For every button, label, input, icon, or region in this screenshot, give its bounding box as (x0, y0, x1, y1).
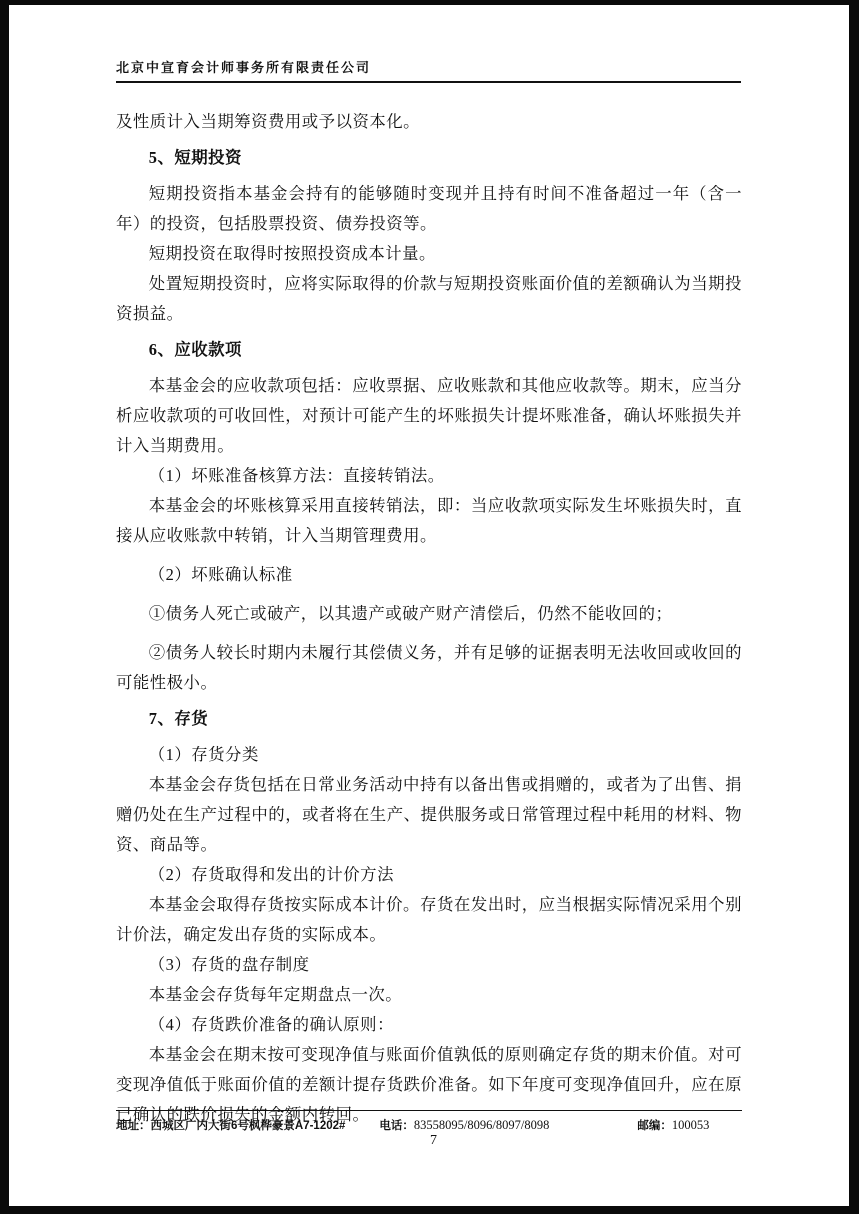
footer-phone-label: 电话： (379, 1120, 414, 1132)
header-rule (116, 81, 741, 83)
footer-postcode-value: 100053 (672, 1118, 710, 1132)
footer-rule (116, 1110, 742, 1111)
section-heading: 7、存货 (116, 704, 742, 734)
paragraph: （1）存货分类 (116, 740, 742, 770)
paragraph: 本基金会存货包括在日常业务活动中持有以备出售或捐赠的，或者为了出售、捐赠仍处在生… (116, 770, 742, 860)
section-heading: 5、短期投资 (116, 143, 742, 173)
document-page: 北京中宣育会计师事务所有限责任公司 及性质计入当期筹资费用或予以资本化。5、短期… (9, 5, 849, 1206)
footer-phone: 电话：83558095/8096/8097/8098 (379, 1117, 549, 1133)
header-company-name: 北京中宣育会计师事务所有限责任公司 (116, 57, 741, 81)
paragraph: （1）坏账准备核算方法：直接转销法。 (116, 461, 742, 491)
paragraph: ②债务人较长时期内未履行其偿债义务，并有足够的证据表明无法收回或收回的可能性极小… (116, 638, 742, 698)
footer-postcode-label: 邮编： (637, 1120, 672, 1132)
paragraph: （3）存货的盘存制度 (116, 950, 742, 980)
paragraph: 本基金会的应收款项包括：应收票据、应收账款和其他应收款等。期末，应当分析应收款项… (116, 371, 742, 461)
footer-address: 地址：西城区广内大街6号枫桦豪景A7-1202# (116, 1117, 345, 1133)
page-footer: 地址：西城区广内大街6号枫桦豪景A7-1202# 电话：83558095/809… (116, 1110, 742, 1133)
page-number: 7 (9, 1133, 858, 1149)
page-header: 北京中宣育会计师事务所有限责任公司 (116, 57, 741, 83)
footer-phone-value: 83558095/8096/8097/8098 (414, 1118, 549, 1132)
scanned-page-frame: 北京中宣育会计师事务所有限责任公司 及性质计入当期筹资费用或予以资本化。5、短期… (0, 0, 859, 1214)
paragraph: 本基金会的坏账核算采用直接转销法，即：当应收款项实际发生坏账损失时，直接从应收账… (116, 491, 742, 551)
paragraph: （4）存货跌价准备的确认原则： (116, 1010, 742, 1040)
paragraph: （2）存货取得和发出的计价方法 (116, 860, 742, 890)
paragraph: ①债务人死亡或破产，以其遗产或破产财产清偿后，仍然不能收回的； (116, 599, 742, 629)
paragraph: 处置短期投资时，应将实际取得的价款与短期投资账面价值的差额确认为当期投资损益。 (116, 269, 742, 329)
paragraph: （2）坏账确认标准 (116, 560, 742, 590)
paragraph: 及性质计入当期筹资费用或予以资本化。 (116, 107, 742, 137)
paragraph: 短期投资在取得时按照投资成本计量。 (116, 239, 742, 269)
footer-postcode: 邮编：100053 (637, 1117, 709, 1133)
footer-address-label: 地址： (116, 1120, 151, 1132)
footer-address-value: 西城区广内大街6号枫桦豪景A7-1202# (151, 1120, 346, 1132)
paragraph: 短期投资指本基金会持有的能够随时变现并且持有时间不准备超过一年（含一年）的投资，… (116, 179, 742, 239)
footer-contact-line: 地址：西城区广内大街6号枫桦豪景A7-1202# 电话：83558095/809… (116, 1117, 742, 1133)
paragraph: 本基金会存货每年定期盘点一次。 (116, 980, 742, 1010)
paragraph: 本基金会取得存货按实际成本计价。存货在发出时，应当根据实际情况采用个别计价法，确… (116, 890, 742, 950)
document-body: 及性质计入当期筹资费用或予以资本化。5、短期投资短期投资指本基金会持有的能够随时… (116, 107, 742, 1130)
section-heading: 6、应收款项 (116, 335, 742, 365)
